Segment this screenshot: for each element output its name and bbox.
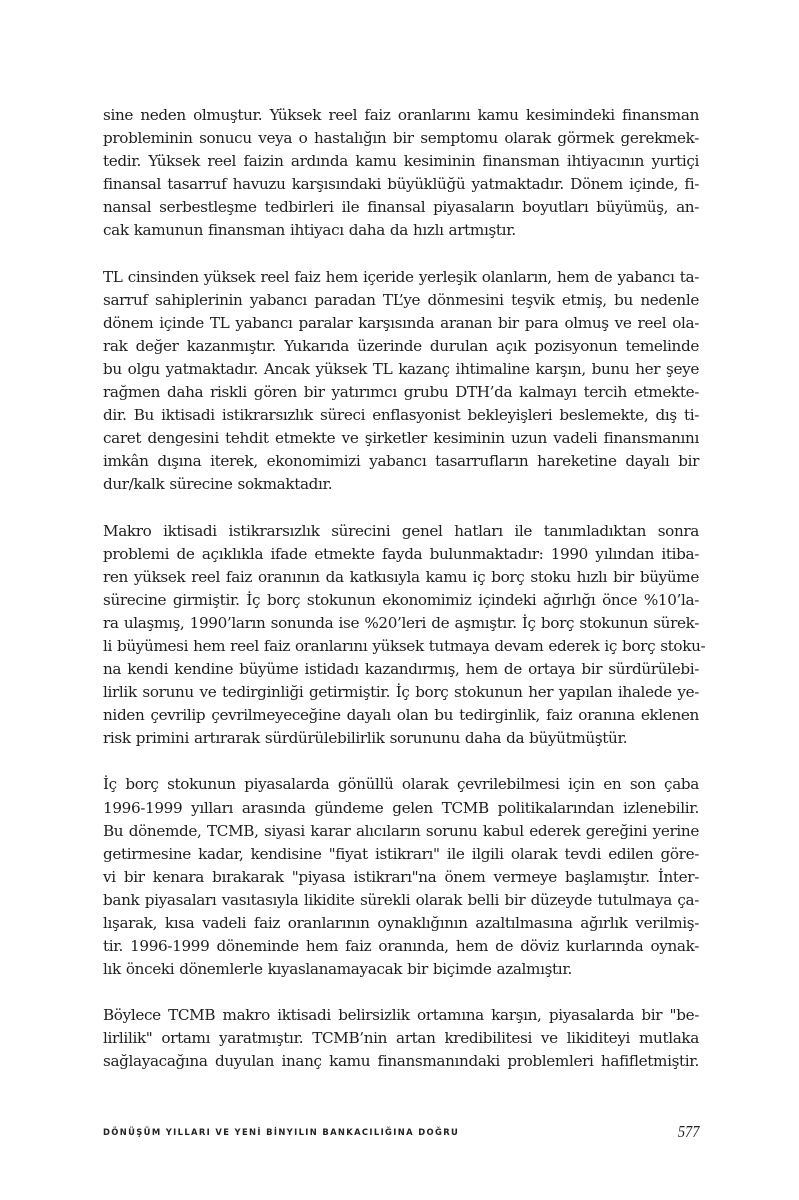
- text-line: dir. Bu iktisadi istikrarsızlık süreci e…: [103, 404, 699, 427]
- text-line: rağmen daha riskli gören bir yatırımcı g…: [103, 381, 699, 404]
- text-line: Makro iktisadi istikrarsızlık sürecini g…: [103, 520, 699, 543]
- text-line: sine neden olmuştur. Yüksek reel faiz or…: [103, 104, 699, 127]
- text-line: imkân dışına iterek, ekonomimizi yabancı…: [103, 450, 699, 473]
- text-line: Bu dönemde, TCMB, siyasi karar alıcıları…: [103, 820, 699, 843]
- text-line: bu olgu yatmaktadır. Ancak yüksek TL kaz…: [103, 358, 699, 381]
- text-line: tedir. Yüksek reel faizin ardında kamu k…: [103, 150, 699, 173]
- text-line: probleminin sonucu veya o hastalığın bir…: [103, 127, 699, 150]
- paragraph-5: Böylece TCMB makro iktisadi belirsizlik …: [103, 1004, 699, 1073]
- text-line: bank piyasaları vasıtasıyla likidite sür…: [103, 889, 699, 912]
- page-body: sine neden olmuştur. Yüksek reel faiz or…: [103, 104, 699, 1097]
- text-line: ren yüksek reel faiz oranının da katkısı…: [103, 566, 699, 589]
- text-line: lışarak, kısa vadeli faiz oranlarının oy…: [103, 912, 699, 935]
- text-line: na kendi kendine büyüme istidadı kazandı…: [103, 658, 699, 681]
- running-title: DÖNÜŞÜM YILLARI VE YENİ BİNYILIN BANKACI…: [103, 1127, 459, 1137]
- text-line: vi bir kenara bırakarak "piyasa istikrar…: [103, 866, 699, 889]
- text-line: nansal serbestleşme tedbirleri ile finan…: [103, 196, 699, 219]
- paragraph-3: Makro iktisadi istikrarsızlık sürecini g…: [103, 520, 699, 751]
- text-line: 1996-1999 yılları arasında gündeme gelen…: [103, 797, 699, 820]
- text-line: İç borç stokunun piyasalarda gönüllü ola…: [103, 773, 699, 796]
- text-line: getirmesine kadar, kendisine "fiyat isti…: [103, 843, 699, 866]
- paragraph-2: TL cinsinden yüksek reel faiz hem içerid…: [103, 266, 699, 497]
- text-line: lirlik sorunu ve tedirginliği getirmişti…: [103, 681, 699, 704]
- text-line: tir. 1996-1999 döneminde hem faiz oranın…: [103, 935, 699, 958]
- text-line: caret dengesini tehdit etmekte ve şirket…: [103, 427, 699, 450]
- text-line: dönem içinde TL yabancı paralar karşısın…: [103, 312, 699, 335]
- text-line: problemi de açıklıkla ifade etmekte fayd…: [103, 543, 699, 566]
- text-line: sağlayacağına duyulan inanç kamu finansm…: [103, 1050, 699, 1073]
- text-line: risk primini artırarak sürdürülebilirlik…: [103, 727, 699, 750]
- text-line: li büyümesi hem reel faiz oranlarını yük…: [103, 635, 699, 658]
- page-footer: DÖNÜŞÜM YILLARI VE YENİ BİNYILIN BANKACI…: [103, 1124, 699, 1148]
- text-line: ra ulaşmış, 1990’ların sonunda ise %20’l…: [103, 612, 699, 635]
- text-line: sürecine girmiştir. İç borç stokunun eko…: [103, 589, 699, 612]
- text-line: TL cinsinden yüksek reel faiz hem içerid…: [103, 266, 699, 289]
- text-line: cak kamunun finansman ihtiyacı daha da h…: [103, 219, 699, 242]
- text-line: lirlilik" ortamı yaratmıştır. TCMB’nin a…: [103, 1027, 699, 1050]
- paragraph-1: sine neden olmuştur. Yüksek reel faiz or…: [103, 104, 699, 243]
- text-line: sarruf sahiplerinin yabancı paradan TL’y…: [103, 289, 699, 312]
- paragraph-4: İç borç stokunun piyasalarda gönüllü ola…: [103, 773, 699, 981]
- text-line: lık önceki dönemlerle kıyaslanamayacak b…: [103, 958, 699, 981]
- page-number: 577: [677, 1122, 699, 1142]
- text-line: dur/kalk sürecine sokmaktadır.: [103, 473, 699, 496]
- text-line: finansal tasarruf havuzu karşısındaki bü…: [103, 173, 699, 196]
- text-line: Böylece TCMB makro iktisadi belirsizlik …: [103, 1004, 699, 1027]
- text-line: niden çevrilip çevrilmeyeceğine dayalı o…: [103, 704, 699, 727]
- text-line: rak değer kazanmıştır. Yukarıda üzerinde…: [103, 335, 699, 358]
